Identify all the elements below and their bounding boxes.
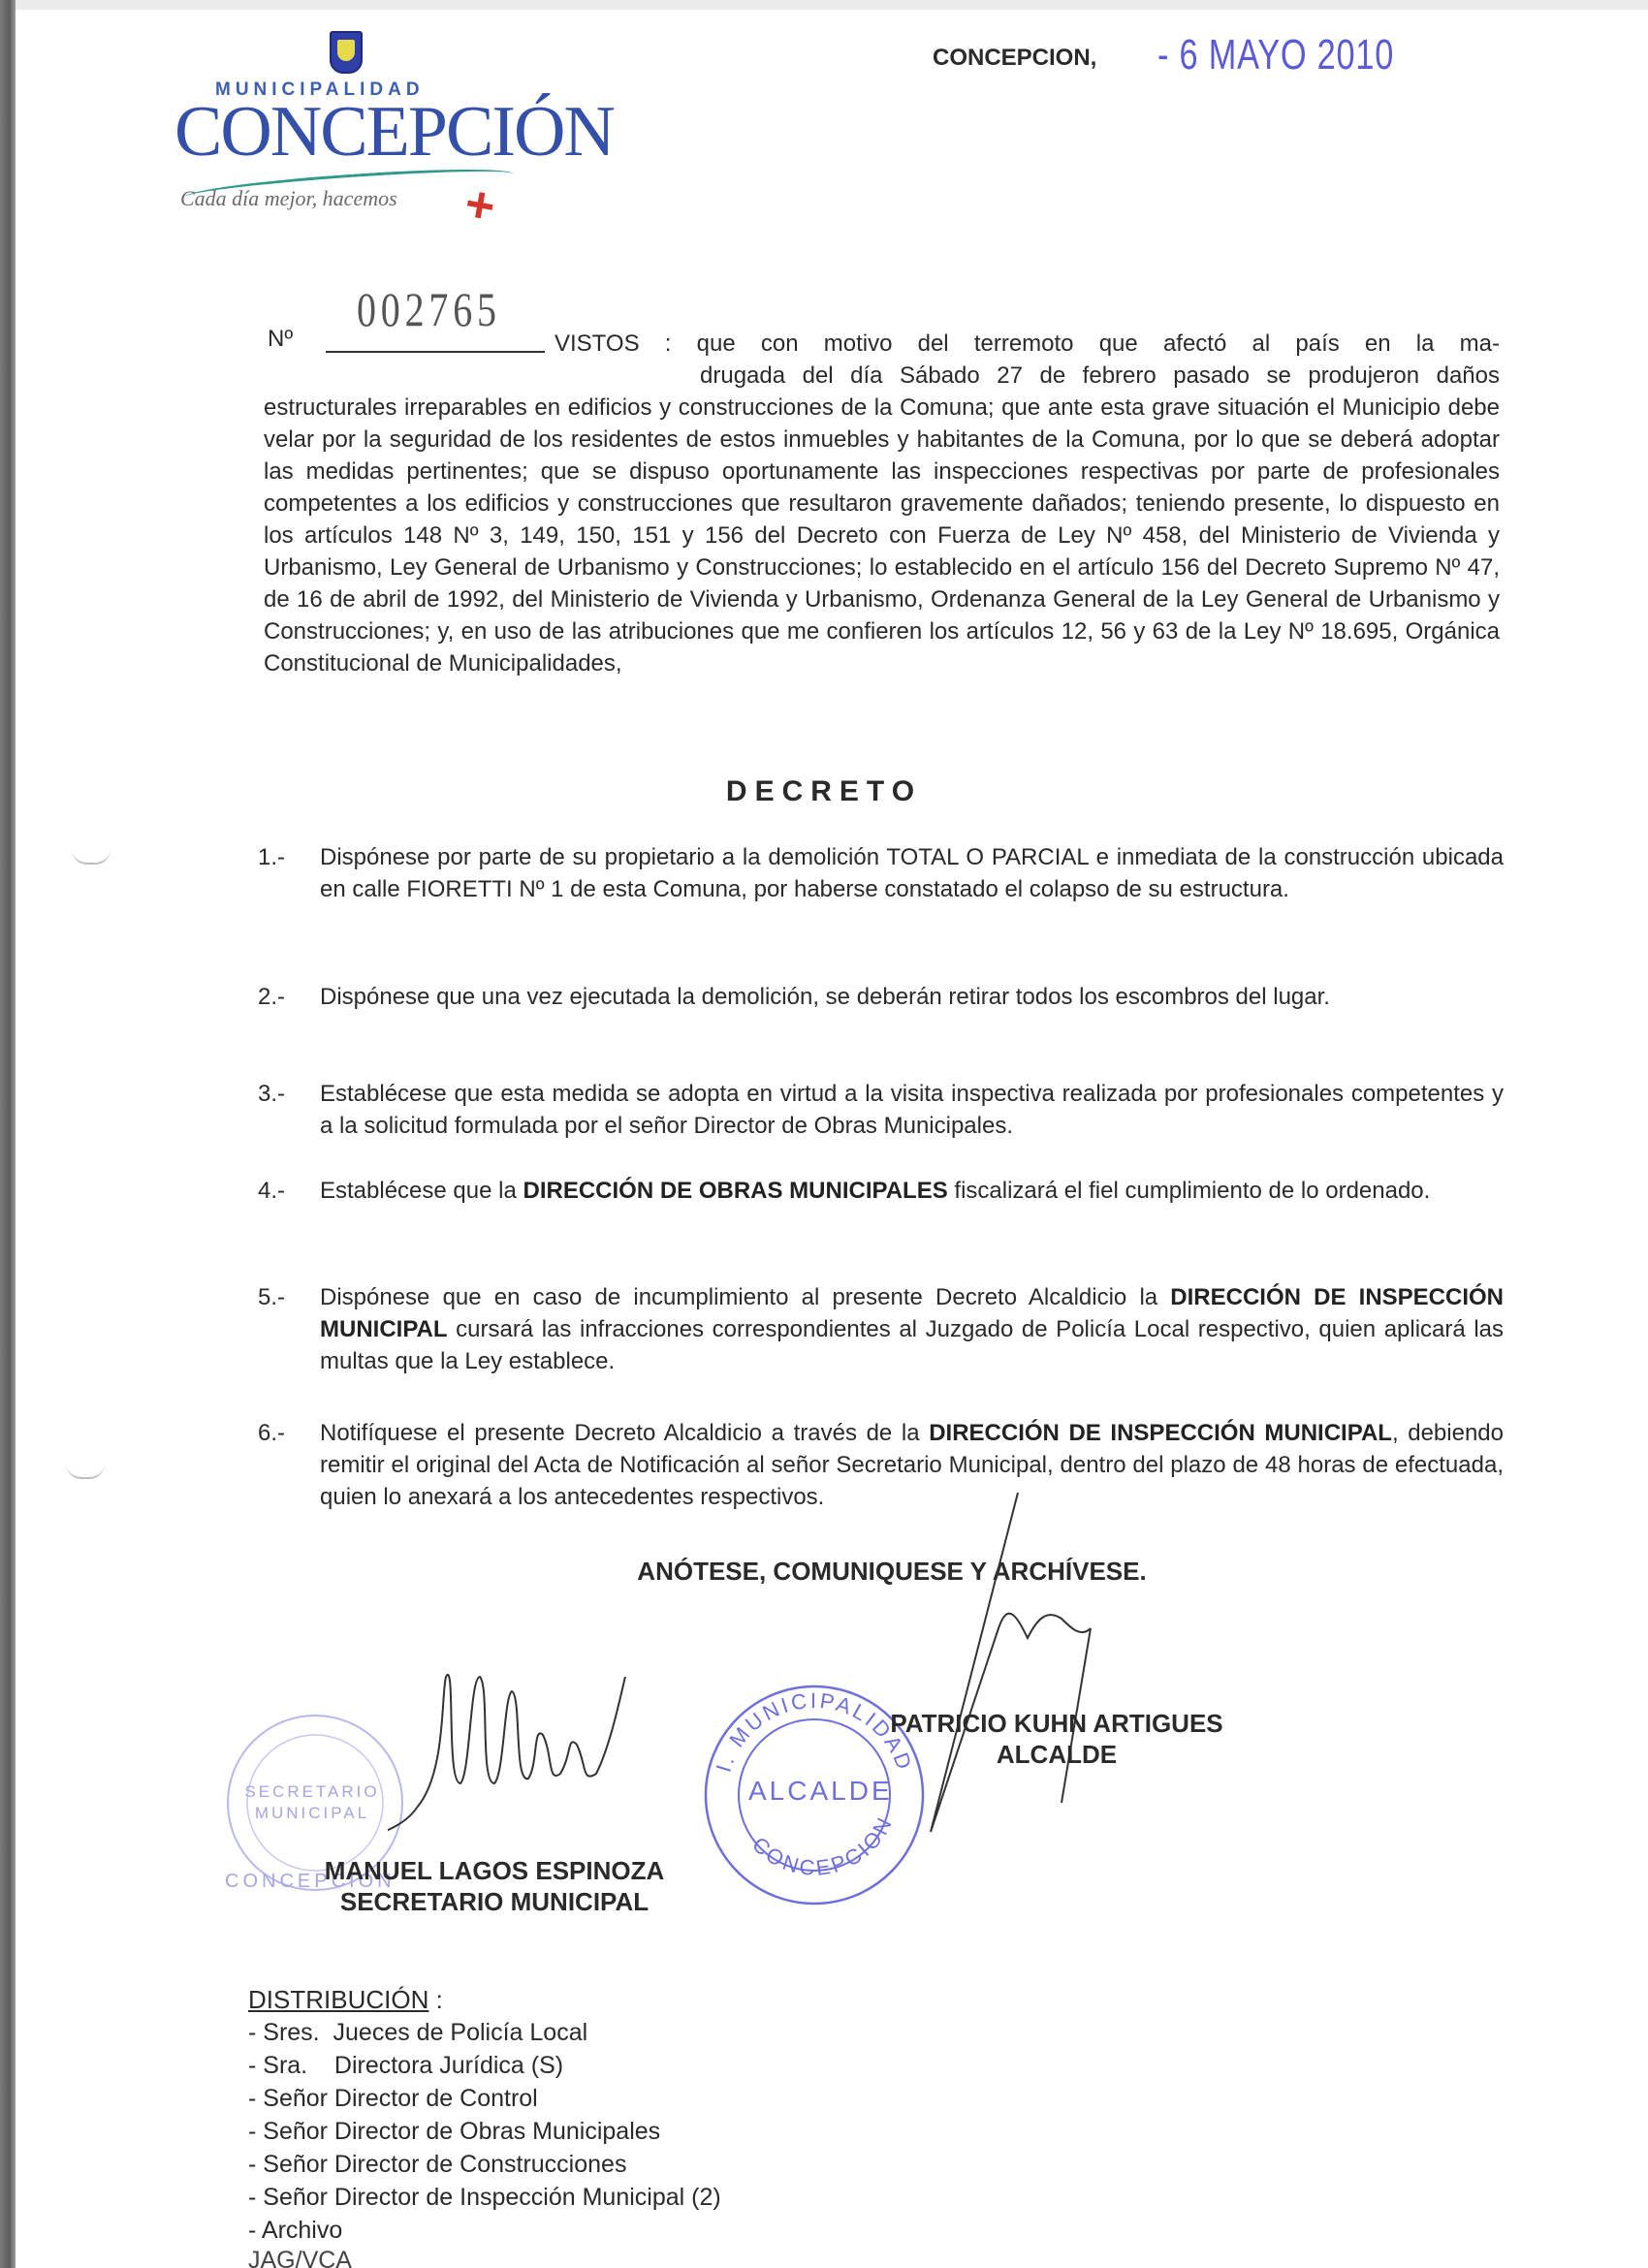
decree-item-text: Dispónese que en caso de incumplimiento …: [320, 1281, 1504, 1377]
date-stamp: - 6 MAYO 2010: [1157, 31, 1394, 79]
decree-item-number: 5.-: [258, 1281, 320, 1377]
distribution-item: - Señor Director de Obras Municipales: [248, 2115, 721, 2148]
item-text-part: Dispónese que en caso de incumplimiento …: [320, 1284, 1170, 1310]
svg-text:CONCEPCION: CONCEPCION: [747, 1811, 898, 1880]
stamp-line: SECRETARIO: [225, 1781, 399, 1803]
municipality-logo: MUNICIPALIDAD CONCEPCIÓN Cada día mejor,…: [174, 31, 533, 225]
distribution-item: - Sra. Directora Jurídica (S): [248, 2049, 721, 2082]
decree-item-number: 2.-: [258, 981, 320, 1013]
item-text-part: Dispónese por parte de su propietario a …: [320, 844, 1504, 902]
mayor-signature-block: PATRICIO KUHN ARTIGUES ALCALDE: [872, 1708, 1241, 1770]
scan-edge-top: [16, 0, 1648, 10]
secretary-title: SECRETARIO MUNICIPAL: [301, 1886, 688, 1917]
item-text-part: cursará las infracciones correspondiente…: [320, 1316, 1504, 1374]
coat-of-arms-icon: [330, 31, 363, 74]
item-text-part: Notifíquese el presente Decreto Alcaldic…: [320, 1420, 929, 1446]
distribution-item: - Señor Director de Inspección Municipal…: [248, 2181, 721, 2214]
initials: JAG/VCA: [248, 2247, 352, 2268]
decree-number-label: Nº: [268, 326, 293, 353]
decree-number: 002765: [357, 281, 501, 337]
item-text-part: fiscalizará el fiel cumplimiento de lo o…: [948, 1178, 1431, 1204]
decree-item-text: Dispónese por parte de su propietario a …: [320, 841, 1504, 905]
vistos-paragraph: drugada del día Sábado 27 de febrero pas…: [264, 360, 1500, 679]
distribution-item: - Señor Director de Control: [248, 2082, 721, 2115]
logo-tagline: Cada día mejor, hacemos: [180, 186, 397, 211]
closing-formula: ANÓTESE, COMUNIQUESE Y ARCHÍVESE.: [0, 1557, 1648, 1587]
decree-item-number: 6.-: [258, 1417, 320, 1513]
distribution-colon: :: [428, 1985, 442, 2014]
decree-item: 1.-Dispónese por parte de su propietario…: [258, 841, 1504, 905]
mayor-stamp-center: ALCALDE: [748, 1776, 893, 1807]
decree-item: 2.-Dispónese que una vez ejecutada la de…: [258, 981, 1504, 1013]
decree-item: 4.-Establécese que la DIRECCIÓN DE OBRAS…: [258, 1175, 1504, 1207]
decree-item-text: Establécese que la DIRECCIÓN DE OBRAS MU…: [320, 1175, 1504, 1207]
item-text-part: Establécese que la: [320, 1178, 523, 1204]
decree-item-number: 4.-: [258, 1175, 320, 1207]
decree-item-text: Dispónese que una vez ejecutada la demol…: [320, 981, 1504, 1013]
vistos-first-line: VISTOS : que con motivo del terremoto qu…: [555, 328, 1500, 360]
distribution-item: - Archivo: [248, 2214, 721, 2247]
punch-hole-mark: [72, 849, 111, 865]
distribution-heading: DISTRIBUCIÓN :: [248, 1985, 443, 2015]
distribution-list: - Sres. Jueces de Policía Local- Sra. Di…: [248, 2016, 721, 2247]
punch-hole-mark: [66, 1464, 105, 1479]
item-text-bold: DIRECCIÓN DE OBRAS MUNICIPALES: [523, 1178, 947, 1204]
item-text-part: Dispónese que una vez ejecutada la demol…: [320, 984, 1330, 1010]
distribution-item: - Señor Director de Construcciones: [248, 2148, 721, 2181]
decree-item: 6.-Notifíquese el presente Decreto Alcal…: [258, 1417, 1504, 1513]
item-text-part: Establécese que esta medida se adopta en…: [320, 1081, 1504, 1139]
mayor-name: PATRICIO KUHN ARTIGUES: [872, 1708, 1241, 1739]
secretary-signature-block: MANUEL LAGOS ESPINOZA SECRETARIO MUNICIP…: [301, 1855, 688, 1917]
city-label: CONCEPCION,: [933, 45, 1096, 72]
mayor-signature: [892, 1483, 1202, 1871]
distribution-item: - Sres. Jueces de Policía Local: [248, 2016, 721, 2049]
mayor-title: ALCALDE: [872, 1739, 1241, 1770]
decree-item-text: Establécese que esta medida se adopta en…: [320, 1078, 1504, 1142]
distribution-title: DISTRIBUCIÓN: [248, 1985, 428, 2014]
secretary-stamp-text: SECRETARIO MUNICIPAL: [225, 1781, 399, 1824]
decree-item: 3.-Establécese que esta medida se adopta…: [258, 1078, 1504, 1142]
secretary-name: MANUEL LAGOS ESPINOZA: [301, 1855, 688, 1886]
decree-item-number: 3.-: [258, 1078, 320, 1142]
scan-edge: [0, 0, 16, 2268]
logo-name: CONCEPCIÓN: [174, 91, 614, 173]
decreto-heading: DECRETO: [0, 775, 1648, 808]
decree-item-number: 1.-: [258, 841, 320, 905]
item-text-bold: DIRECCIÓN DE INSPECCIÓN MUNICIPAL: [929, 1420, 1392, 1446]
decree-item: 5.-Dispónese que en caso de incumplimien…: [258, 1281, 1504, 1377]
stamp-line: MUNICIPAL: [225, 1803, 399, 1824]
decree-number-underline: [326, 351, 545, 353]
